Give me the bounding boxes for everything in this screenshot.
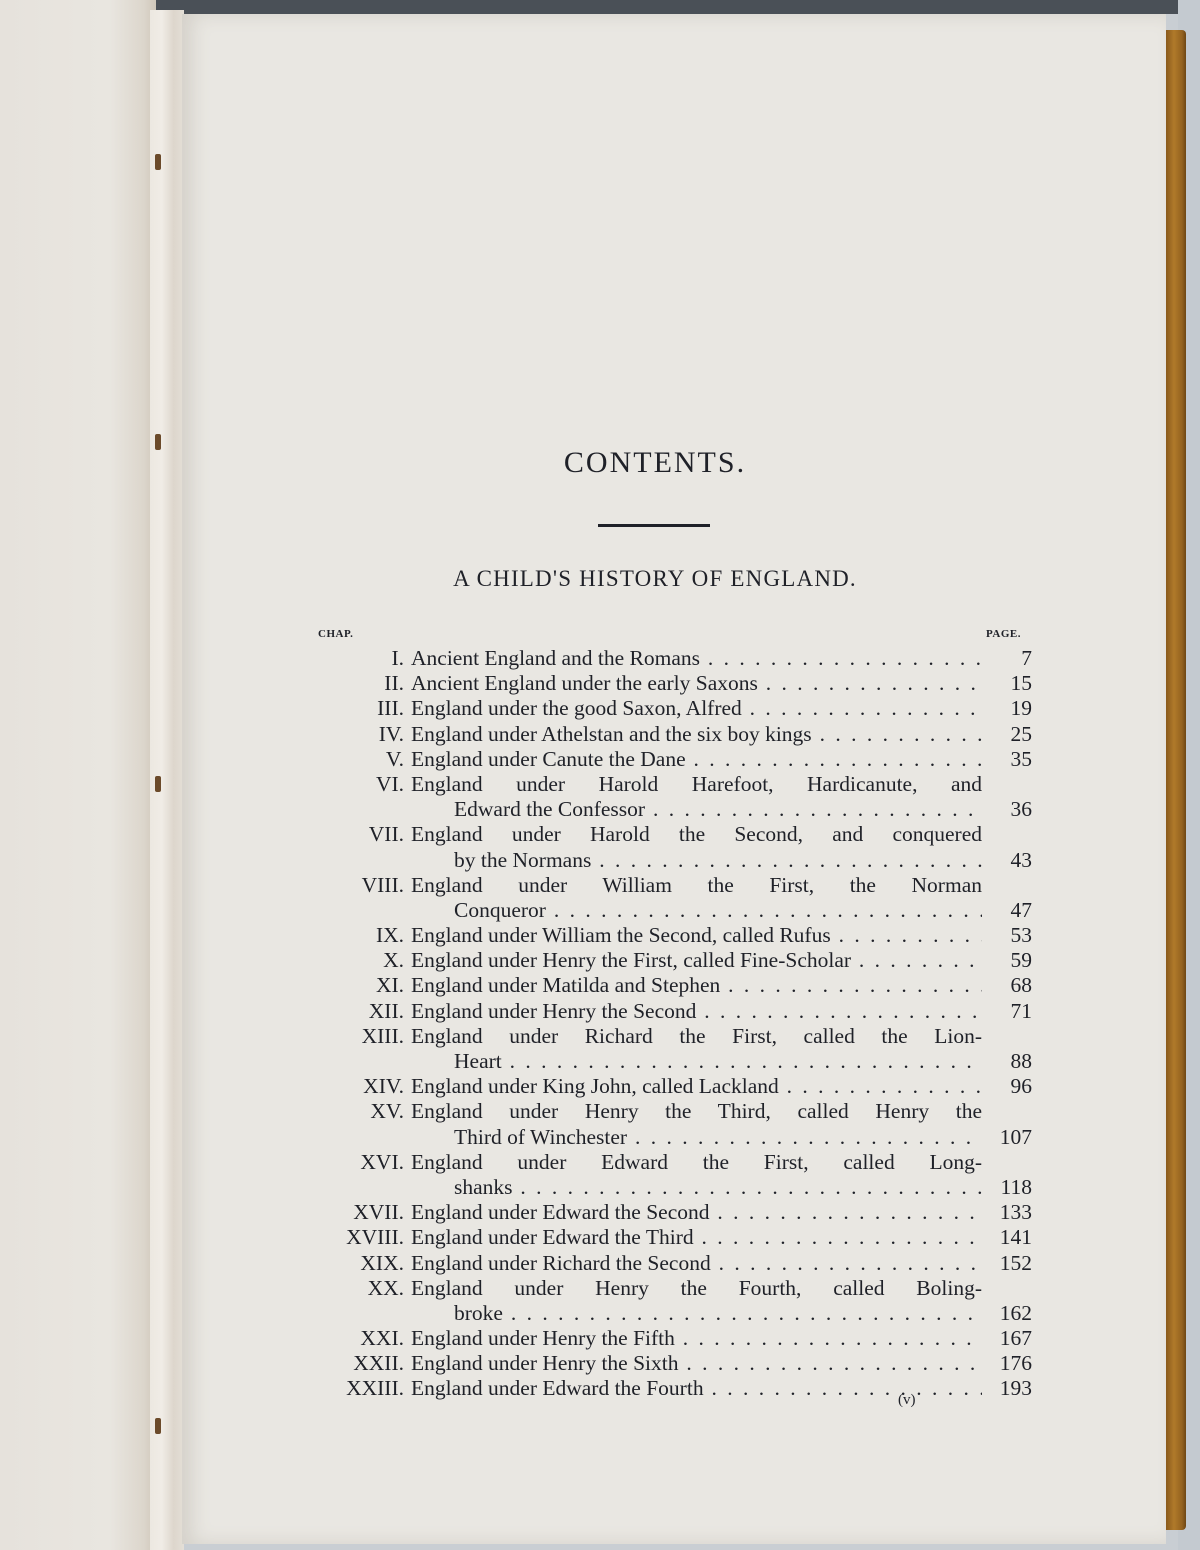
chapter-title: England under Henry the Fourth, called B… bbox=[411, 1276, 982, 1301]
chapter-title: Conqueror . . . . . . . . . . . . . . . … bbox=[454, 898, 982, 923]
chapter-title-text: England under Edward the Fourth bbox=[411, 1376, 704, 1400]
toc-entry: IX.England under William the Second, cal… bbox=[300, 923, 1040, 948]
page-number: 71 bbox=[1011, 999, 1033, 1024]
chapter-title: broke . . . . . . . . . . . . . . . . . … bbox=[454, 1301, 982, 1326]
dot-leader: . . . . . . . . . . . . . . . . . . . . … bbox=[711, 1251, 982, 1275]
toc-entry: shanks . . . . . . . . . . . . . . . . .… bbox=[300, 1175, 1040, 1200]
chapter-title: Third of Winchester . . . . . . . . . . … bbox=[454, 1125, 982, 1150]
dot-leader: . . . . . . . . . . . . . . . . . . . . … bbox=[694, 1225, 982, 1249]
chapter-title-text: England under Harold Harefoot, Hardicanu… bbox=[411, 772, 982, 796]
chapter-number: XVI. bbox=[300, 1150, 404, 1175]
chapter-title: England under Matilda and Stephen . . . … bbox=[411, 973, 982, 998]
dot-leader: . . . . . . . . . . . . . . . . . . . . … bbox=[851, 948, 982, 972]
chapter-title-text: England under Edward the First, called L… bbox=[411, 1150, 982, 1174]
table-of-contents: I.Ancient England and the Romans . . . .… bbox=[300, 646, 1040, 1402]
toc-entry: Conqueror . . . . . . . . . . . . . . . … bbox=[300, 898, 1040, 923]
chapter-title: England under the good Saxon, Alfred . .… bbox=[411, 696, 982, 721]
chapter-number: II. bbox=[300, 671, 404, 696]
chapter-title: England under Richard the First, called … bbox=[411, 1024, 982, 1049]
chapter-title-text: Ancient England under the early Saxons bbox=[411, 671, 758, 695]
page-number: 133 bbox=[1000, 1200, 1032, 1225]
chapter-title-text: England under Henry the First, called Fi… bbox=[411, 948, 851, 972]
chapter-number: XXII. bbox=[300, 1351, 404, 1376]
page-number: 19 bbox=[1011, 696, 1033, 721]
chapter-title-text: Third of Winchester bbox=[454, 1125, 627, 1149]
chapter-title-text: England under King John, called Lackland bbox=[411, 1074, 779, 1098]
page-number: 53 bbox=[1011, 923, 1033, 948]
dot-leader: . . . . . . . . . . . . . . . . . . . . … bbox=[591, 848, 982, 872]
page-number: 162 bbox=[1000, 1301, 1032, 1326]
toc-entry: XXI.England under Henry the Fifth . . . … bbox=[300, 1326, 1040, 1351]
chapter-number: XX. bbox=[300, 1276, 404, 1301]
chapter-number: X. bbox=[300, 948, 404, 973]
dot-leader: . . . . . . . . . . . . . . . . . . . . … bbox=[779, 1074, 982, 1098]
chapter-number: III. bbox=[300, 696, 404, 721]
chapter-number: XXIII. bbox=[300, 1376, 404, 1401]
page-number: 36 bbox=[1011, 797, 1033, 822]
chapter-title-text: England under Henry the Fourth, called B… bbox=[411, 1276, 982, 1300]
chapter-title-text: England under Henry the Third, called He… bbox=[411, 1099, 982, 1123]
chapter-title-text: England under Richard the First, called … bbox=[411, 1024, 982, 1048]
chapter-number: VII. bbox=[300, 822, 404, 847]
chapter-title-text: by the Normans bbox=[454, 848, 591, 872]
chapter-title-text: Conqueror bbox=[454, 898, 546, 922]
chapter-title: England under Canute the Dane . . . . . … bbox=[411, 747, 982, 772]
chapter-title: Ancient England and the Romans . . . . .… bbox=[411, 646, 982, 671]
chapter-title: England under Harold the Second, and con… bbox=[411, 822, 982, 847]
chapter-title: Ancient England under the early Saxons .… bbox=[411, 671, 982, 696]
chapter-title-text: England under Athelstan and the six boy … bbox=[411, 722, 812, 746]
chapter-title: by the Normans . . . . . . . . . . . . .… bbox=[454, 848, 982, 873]
page-number: 193 bbox=[1000, 1376, 1032, 1401]
dot-leader: . . . . . . . . . . . . . . . . . . . . … bbox=[812, 722, 982, 746]
toc-entry: XII.England under Henry the Second . . .… bbox=[300, 999, 1040, 1024]
toc-entry: XIII.England under Richard the First, ca… bbox=[300, 1024, 1040, 1049]
chapter-number: XXI. bbox=[300, 1326, 404, 1351]
chapter-number: V. bbox=[300, 747, 404, 772]
toc-entry: broke . . . . . . . . . . . . . . . . . … bbox=[300, 1301, 1040, 1326]
chapter-title: England under Harold Harefoot, Hardicanu… bbox=[411, 772, 982, 797]
toc-entry: III.England under the good Saxon, Alfred… bbox=[300, 696, 1040, 721]
dot-leader: . . . . . . . . . . . . . . . . . . . . … bbox=[704, 1376, 982, 1400]
chapter-title: England under William the First, the Nor… bbox=[411, 873, 982, 898]
chapter-number: XII. bbox=[300, 999, 404, 1024]
staple-hole-icon bbox=[155, 1418, 161, 1434]
dot-leader: . . . . . . . . . . . . . . . . . . . . … bbox=[502, 1049, 982, 1073]
dot-leader: . . . . . . . . . . . . . . . . . . . . … bbox=[675, 1326, 982, 1350]
chapter-title: Heart . . . . . . . . . . . . . . . . . … bbox=[454, 1049, 982, 1074]
toc-entry: II.Ancient England under the early Saxon… bbox=[300, 671, 1040, 696]
book-cover-edge bbox=[1166, 30, 1186, 1530]
chapter-title: England under Richard the Second . . . .… bbox=[411, 1251, 982, 1276]
page-number: 7 bbox=[1021, 646, 1032, 671]
chapter-title: England under Henry the Fifth . . . . . … bbox=[411, 1326, 982, 1351]
staple-hole-icon bbox=[155, 776, 161, 792]
page-number: 152 bbox=[1000, 1251, 1032, 1276]
chapter-number: VI. bbox=[300, 772, 404, 797]
chapter-number: XIX. bbox=[300, 1251, 404, 1276]
toc-entry: VII.England under Harold the Second, and… bbox=[300, 822, 1040, 847]
chapter-title: Edward the Confessor . . . . . . . . . .… bbox=[454, 797, 982, 822]
chapter-title-text: England under Edward the Third bbox=[411, 1225, 694, 1249]
chapter-title: England under William the Second, called… bbox=[411, 923, 982, 948]
dot-leader: . . . . . . . . . . . . . . . . . . . . … bbox=[513, 1175, 982, 1199]
title-rule bbox=[598, 524, 710, 527]
chapter-title: England under Edward the Fourth . . . . … bbox=[411, 1376, 982, 1401]
chapter-title-text: England under Edward the Second bbox=[411, 1200, 710, 1224]
chapter-title-text: broke bbox=[454, 1301, 503, 1325]
book-title: A CHILD'S HISTORY OF ENGLAND. bbox=[0, 566, 1200, 592]
toc-entry: XX.England under Henry the Fourth, calle… bbox=[300, 1276, 1040, 1301]
dot-leader: . . . . . . . . . . . . . . . . . . . . … bbox=[546, 898, 982, 922]
toc-entry: XXIII.England under Edward the Fourth . … bbox=[300, 1376, 1040, 1401]
chapter-title: shanks . . . . . . . . . . . . . . . . .… bbox=[454, 1175, 982, 1200]
toc-entry: by the Normans . . . . . . . . . . . . .… bbox=[300, 848, 1040, 873]
page-number: 96 bbox=[1011, 1074, 1033, 1099]
chapter-number: IX. bbox=[300, 923, 404, 948]
chapter-title: England under Henry the Third, called He… bbox=[411, 1099, 982, 1124]
chapter-title-text: England under Harold the Second, and con… bbox=[411, 822, 982, 846]
toc-entry: XXII.England under Henry the Sixth . . .… bbox=[300, 1351, 1040, 1376]
dot-leader: . . . . . . . . . . . . . . . . . . . . … bbox=[710, 1200, 982, 1224]
dot-leader: . . . . . . . . . . . . . . . . . . . . … bbox=[627, 1125, 982, 1149]
toc-entry: XIV.England under King John, called Lack… bbox=[300, 1074, 1040, 1099]
chapter-title-text: England under Canute the Dane bbox=[411, 747, 686, 771]
page-number: 35 bbox=[1011, 747, 1033, 772]
toc-entry: XI.England under Matilda and Stephen . .… bbox=[300, 973, 1040, 998]
dot-leader: . . . . . . . . . . . . . . . . . . . . … bbox=[758, 671, 982, 695]
chapter-title-text: shanks bbox=[454, 1175, 513, 1199]
dot-leader: . . . . . . . . . . . . . . . . . . . . … bbox=[831, 923, 982, 947]
chapter-title: England under Henry the Second . . . . .… bbox=[411, 999, 982, 1024]
chapter-title: England under Edward the Second . . . . … bbox=[411, 1200, 982, 1225]
dot-leader: . . . . . . . . . . . . . . . . . . . . … bbox=[742, 696, 982, 720]
chapter-number: VIII. bbox=[300, 873, 404, 898]
background-top bbox=[140, 0, 1200, 14]
page-number: 43 bbox=[1011, 848, 1033, 873]
toc-entry: XVII.England under Edward the Second . .… bbox=[300, 1200, 1040, 1225]
chapter-number: XVII. bbox=[300, 1200, 404, 1225]
page-number: 118 bbox=[1001, 1175, 1032, 1200]
dot-leader: . . . . . . . . . . . . . . . . . . . . … bbox=[679, 1351, 982, 1375]
toc-entry: Edward the Confessor . . . . . . . . . .… bbox=[300, 797, 1040, 822]
dot-leader: . . . . . . . . . . . . . . . . . . . . … bbox=[503, 1301, 982, 1325]
chapter-number: I. bbox=[300, 646, 404, 671]
chapter-title: England under Henry the Sixth . . . . . … bbox=[411, 1351, 982, 1376]
page-number: 88 bbox=[1011, 1049, 1033, 1074]
dot-leader: . . . . . . . . . . . . . . . . . . . . … bbox=[700, 646, 982, 670]
toc-entry: Heart . . . . . . . . . . . . . . . . . … bbox=[300, 1049, 1040, 1074]
chapter-title: England under Edward the Third . . . . .… bbox=[411, 1225, 982, 1250]
chapter-title: England under Henry the First, called Fi… bbox=[411, 948, 982, 973]
page-number: 167 bbox=[1000, 1326, 1032, 1351]
toc-entry: VIII.England under William the First, th… bbox=[300, 873, 1040, 898]
page-number: 15 bbox=[1011, 671, 1033, 696]
page-folio: (v) bbox=[898, 1392, 916, 1409]
chapter-title-text: England under Henry the Fifth bbox=[411, 1326, 675, 1350]
left-page bbox=[0, 0, 156, 1550]
page-number: 176 bbox=[1000, 1351, 1032, 1376]
toc-entry: IV.England under Athelstan and the six b… bbox=[300, 722, 1040, 747]
chapter-title: England under Athelstan and the six boy … bbox=[411, 722, 982, 747]
chapter-title-text: England under Matilda and Stephen bbox=[411, 973, 720, 997]
dot-leader: . . . . . . . . . . . . . . . . . . . . … bbox=[720, 973, 982, 997]
chapter-title-text: Heart bbox=[454, 1049, 502, 1073]
toc-entry: VI.England under Harold Harefoot, Hardic… bbox=[300, 772, 1040, 797]
chapter-title-text: England under the good Saxon, Alfred bbox=[411, 696, 742, 720]
toc-entry: Third of Winchester . . . . . . . . . . … bbox=[300, 1125, 1040, 1150]
toc-entry: XVIII.England under Edward the Third . .… bbox=[300, 1225, 1040, 1250]
page-number: 47 bbox=[1011, 898, 1033, 923]
toc-entry: XIX.England under Richard the Second . .… bbox=[300, 1251, 1040, 1276]
chapter-title-text: England under Richard the Second bbox=[411, 1251, 711, 1275]
chapter-title: England under King John, called Lackland… bbox=[411, 1074, 982, 1099]
staple-hole-icon bbox=[155, 154, 161, 170]
dot-leader: . . . . . . . . . . . . . . . . . . . . … bbox=[645, 797, 982, 821]
page-number: 59 bbox=[1011, 948, 1033, 973]
page-number: 68 bbox=[1011, 973, 1033, 998]
chapter-number: XVIII. bbox=[300, 1225, 404, 1250]
toc-entry: X.England under Henry the First, called … bbox=[300, 948, 1040, 973]
toc-entry: I.Ancient England and the Romans . . . .… bbox=[300, 646, 1040, 671]
chapter-title-text: England under William the Second, called… bbox=[411, 923, 831, 947]
chapter-number: XV. bbox=[300, 1099, 404, 1124]
toc-entry: XVI.England under Edward the First, call… bbox=[300, 1150, 1040, 1175]
chapter-number: IV. bbox=[300, 722, 404, 747]
dot-leader: . . . . . . . . . . . . . . . . . . . . … bbox=[686, 747, 982, 771]
page-column-header: PAGE. bbox=[986, 628, 1021, 640]
chapter-title-text: England under Henry the Sixth bbox=[411, 1351, 679, 1375]
chapter-title-text: Edward the Confessor bbox=[454, 797, 645, 821]
toc-entry: V.England under Canute the Dane . . . . … bbox=[300, 747, 1040, 772]
chapter-title-text: England under Henry the Second bbox=[411, 999, 696, 1023]
page-title: CONTENTS. bbox=[0, 446, 1200, 480]
dot-leader: . . . . . . . . . . . . . . . . . . . . … bbox=[696, 999, 982, 1023]
chapter-number: XIV. bbox=[300, 1074, 404, 1099]
page-number: 141 bbox=[1000, 1225, 1032, 1250]
chapter-column-header: CHAP. bbox=[318, 628, 353, 640]
chapter-title-text: England under William the First, the Nor… bbox=[411, 873, 982, 897]
chapter-title-text: Ancient England and the Romans bbox=[411, 646, 700, 670]
toc-entry: XV.England under Henry the Third, called… bbox=[300, 1099, 1040, 1124]
chapter-number: XIII. bbox=[300, 1024, 404, 1049]
chapter-title: England under Edward the First, called L… bbox=[411, 1150, 982, 1175]
page-number: 107 bbox=[1000, 1125, 1032, 1150]
chapter-number: XI. bbox=[300, 973, 404, 998]
page-number: 25 bbox=[1011, 722, 1033, 747]
